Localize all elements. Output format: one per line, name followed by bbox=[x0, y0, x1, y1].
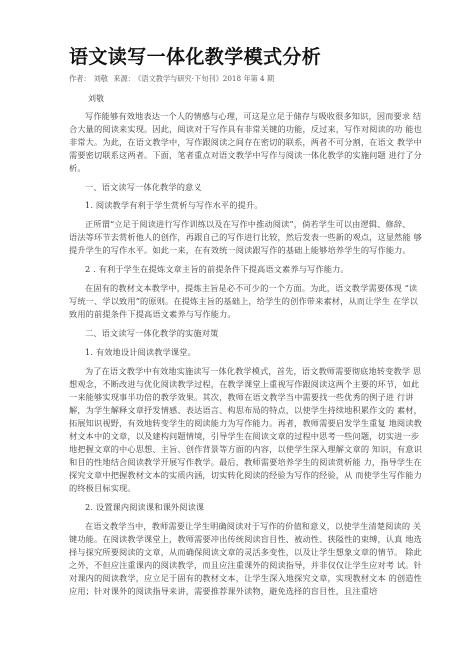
subsection-heading: 2 . 有利于学生在提炼文章主旨的前提条件下提高语文素养与写作能力。 bbox=[85, 264, 349, 275]
document-title: 语文读写一体化教学模式分析 bbox=[69, 42, 321, 69]
byline: 刘敬 bbox=[88, 93, 104, 104]
paragraph-line: 和目的性地结合阅读教学开展写作教学。最后，教师需要培养学生的阅读赏析能 力，指导… bbox=[69, 457, 422, 468]
paragraph-line: 提升学生的写作水平。如此一来，在有效统一阅读跟写作的基础上能够培养学生的写作能力… bbox=[69, 245, 411, 256]
paragraph-line: 想观念，不断改进与优化阅读教学过程，在教学课堂上重视写作跟阅读这两个主要的环节，… bbox=[69, 379, 419, 390]
source-label: 来源： bbox=[113, 74, 135, 83]
paragraph-line: 为了在语文教学中有效地实施读写一体化教学模式，首先，语文教师需要彻底地转变教学 … bbox=[85, 366, 421, 377]
paragraph-line: 需要密切联系这两者。下面，笔者重点对语文教学中写作与阅读一体化教学的实施问题 进… bbox=[69, 150, 422, 161]
section-heading: 一、语文读写一体化教学的意义 bbox=[85, 182, 202, 193]
paragraph-line: 探究文章中把握教材文本的实质内涵，切实转化阅读的经验为写作的经验，从 而使学生写… bbox=[69, 470, 422, 481]
document-page: 语文读写一体化教学模式分析 作者：刘敬 来源：《语文教学与研究·下旬刊》2018… bbox=[0, 0, 463, 655]
subsection-heading: 1. 阅读教学有利于学生赏析与写作水平的提升。 bbox=[85, 200, 263, 211]
paragraph-line: 择与探究所要阅读的文章，从而确保阅读文章的灵活多变性，以及让学生想象文章的情节。… bbox=[69, 547, 422, 558]
paragraph-line: 语法等环节去赏析他人的创作，再跟自己的写作进行比较，然后发表一些新的观点，这显然… bbox=[69, 232, 422, 243]
paragraph-line: 致用的前提条件下提高语文素养与写作能力。 bbox=[69, 309, 236, 320]
paragraph-line: 键功能。在阅读教学课堂上，教师需要冲出传统阅读盲目性、被动性、狭隘性的束缚，认真… bbox=[69, 534, 422, 545]
paragraph-line: 应用；针对课外的阅读指导来讲，需要推荐课外读物，避免选择的盲目性，且注重培 bbox=[69, 586, 378, 597]
paragraph-line: 非常大。为此，在语文教学中，写作跟阅读之间存在密切的联系，两者不可分割，在语文 … bbox=[69, 137, 422, 148]
source-name: 《语文教学与研究·下旬刊》2018 年第 4 期 bbox=[138, 74, 274, 83]
paragraph-line: 的终极目标实现。 bbox=[69, 483, 136, 494]
paragraph-line: 析。 bbox=[69, 163, 86, 174]
section-heading: 二、语文读写一体化教学的实施对策 bbox=[85, 328, 218, 339]
subsection-heading: 1. 有效地设计阅读教学课堂。 bbox=[85, 347, 196, 358]
paragraph-line: 解，为学生解释文章抒发情感、表达语言、构思布局的特点，以使学生持续地积累作文的 … bbox=[69, 405, 422, 416]
paragraph-line: 地把握文章的中心思想、主旨、创作背景等方面的内容，以使学生深入理解文章的 知识，… bbox=[69, 444, 422, 455]
author-label: 作者： bbox=[69, 74, 91, 83]
document-meta: 作者：刘敬 来源：《语文教学与研究·下旬刊》2018 年第 4 期 bbox=[69, 74, 277, 84]
paragraph-line: 材文本中的文章，以及建构问题情境，引导学生在阅读文章的过程中思考一些问题，切实进… bbox=[69, 431, 419, 442]
paragraph-line: 写统一、学以致用”的原则。在提炼主旨的基础上，给学生的创作带来素材，从而让学生 … bbox=[69, 296, 418, 307]
paragraph-line: 对课内的阅读教学，应立足于固有的教材文本，让学生深入地探究文章，实现教材文本 的… bbox=[69, 573, 422, 584]
paragraph-line: 之外，不但应注重课内的阅读教学，而且应注重课外的阅读指导，并非仅仅让学生应对考 … bbox=[69, 560, 422, 571]
paragraph-line: 正所谓“立足于阅读进行写作训练以及在写作中推动阅读”，倘若学生可以由逻辑、修辞、 bbox=[85, 219, 411, 230]
paragraph-line: 在固有的教材文本教学中，提炼主旨是必不可少的一个方面。为此，语文教学需要体现 “… bbox=[85, 283, 417, 294]
author-name: 刘敬 bbox=[94, 74, 108, 83]
paragraph-line: 一来能够实现事半功倍的教学效果。其次，教师在语文教学当中需要找一些优秀的例子进 … bbox=[69, 392, 414, 403]
paragraph-line: 合大量的阅读来实现。因此，阅读对于写作具有非常关键的功能，反过来，写作对阅读的功… bbox=[69, 124, 422, 135]
paragraph-line: 拓展知识视野，有效地转变学生的阅读能力为写作能力。再者，教师需要启发学生重复 地… bbox=[69, 418, 422, 429]
paragraph-line: 在语文教学当中，教师需要让学生明确阅读对于写作的价值和意义，以使学生清楚阅读的 … bbox=[85, 521, 421, 532]
paragraph-line: 写作能够有效地表达一个人的情感与心理，可这是立足于储存与吸收很多知识，因而要求 … bbox=[85, 111, 421, 122]
subsection-heading: 2. 设置课内阅读课和课外阅读课 bbox=[85, 502, 204, 513]
